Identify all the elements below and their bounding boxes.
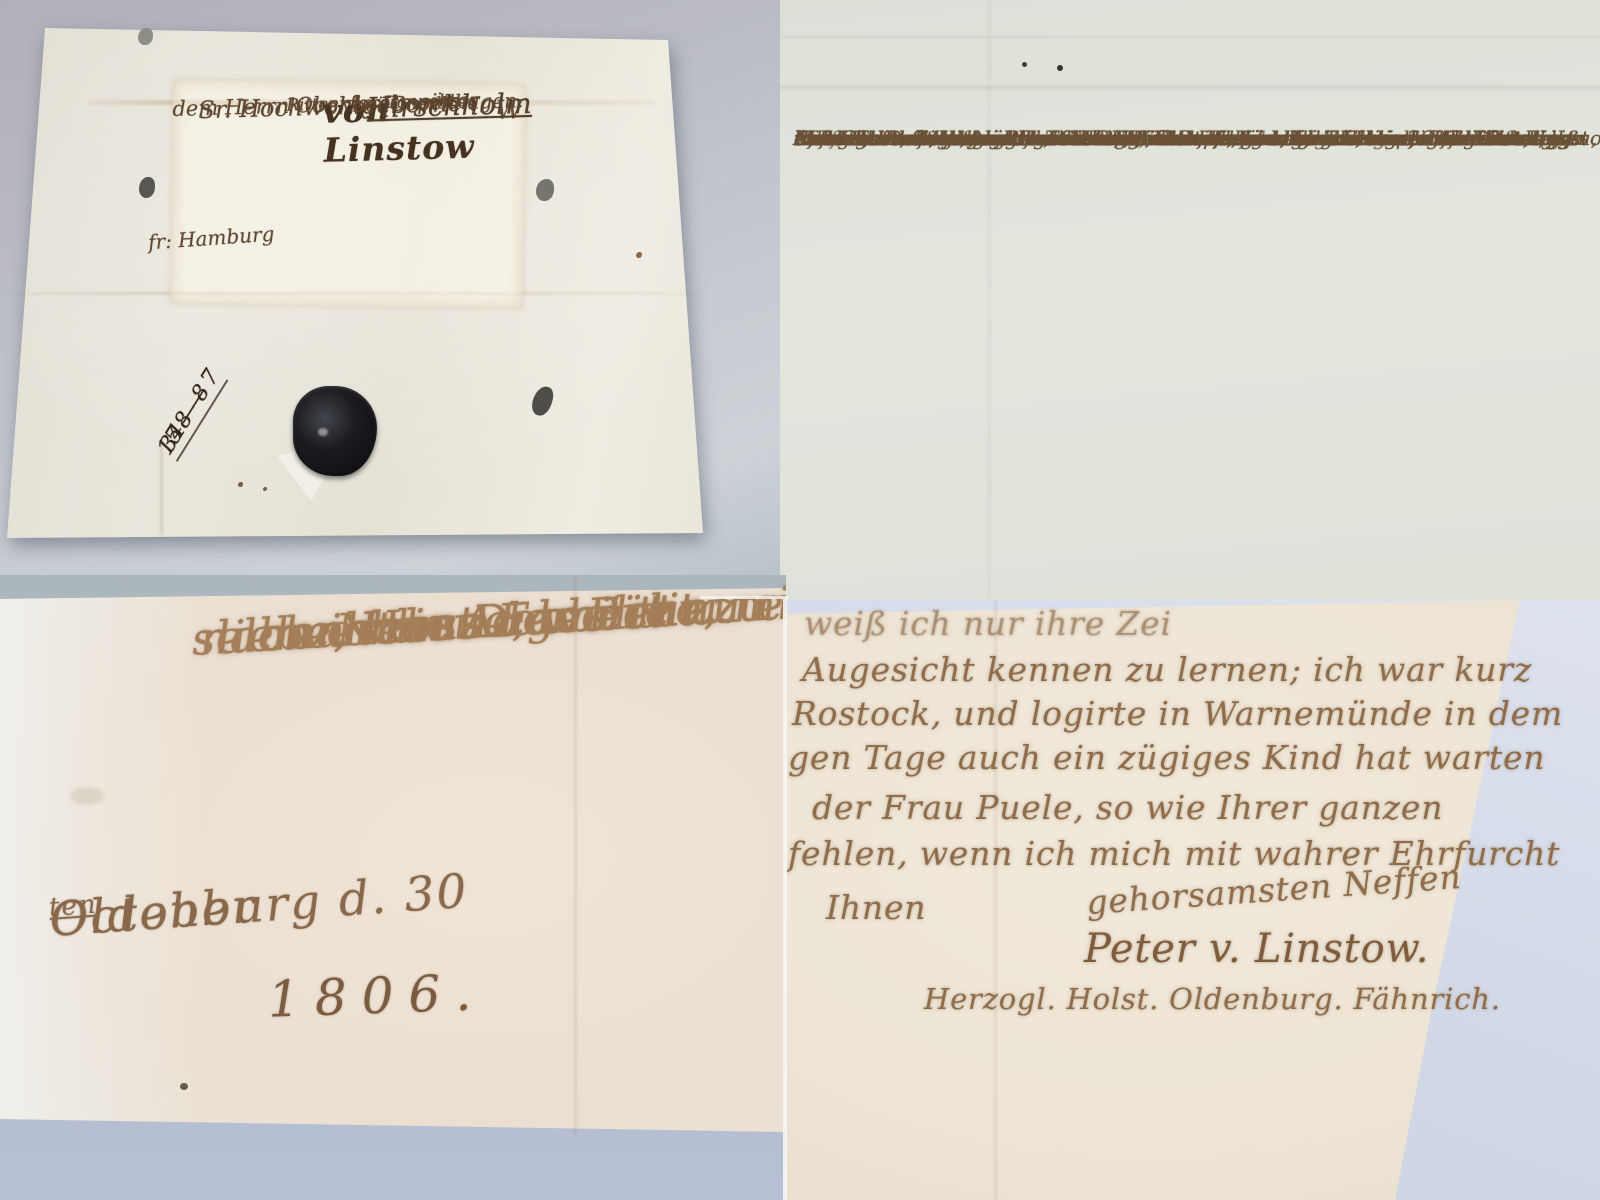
fold-crease-vertical — [988, 0, 991, 640]
photo-seam — [783, 598, 787, 1200]
script-line: Augesicht kennen zu lernen; ich war kurz — [802, 650, 1532, 689]
ink-speck — [1057, 65, 1063, 71]
ink-speck — [180, 1083, 188, 1090]
envelope-photo: Sr. Hochwohlgebornen W dem Herrn Oberfor… — [0, 0, 780, 600]
fold-crease — [780, 36, 1600, 38]
script-line: weiß ich nur ihre Zei — [804, 604, 1172, 643]
wax-seal-glint — [318, 428, 328, 436]
script-text-block: liebe, von Augesicht zu nach ihr in Dobb… — [190, 575, 786, 613]
photo-collage: Sr. Hochwohlgebornen W dem Herrn Oberfor… — [0, 0, 1600, 1200]
fold-crease-vertical — [994, 600, 997, 1200]
salutation: Ihnen — [826, 888, 926, 927]
signature-title: Herzogl. Holst. Oldenburg. Fähnrich. — [924, 982, 1501, 1016]
fold-crease — [780, 86, 1600, 89]
ink-smudge — [70, 787, 104, 805]
fold-crease-vertical — [574, 575, 577, 1135]
signature-name: Peter v. Linstow. — [1084, 926, 1429, 972]
letter-line: weiß ich nur ihre schönen Lücke, ob mir … — [794, 126, 1386, 161]
script-line: Rostock, und logirte in Warnemünde in de… — [792, 694, 1563, 733]
script-line: der Frau Puele, so wie Ihrer ganzen — [812, 788, 1443, 827]
fold-crease-vertical — [160, 440, 163, 535]
closeup-left-photo: liebe, von Augesicht zu nach ihr in Dobb… — [0, 575, 786, 1200]
year-line: 1806. — [267, 963, 487, 1029]
script-line: gen Tage auch ein zügiges Kind hat warte… — [788, 738, 1545, 777]
ink-speck — [1022, 62, 1027, 67]
letter-page-photo: Dem Wunsch meiner Eltern zu folgen, über… — [780, 0, 1600, 640]
wax-seal — [293, 386, 377, 476]
photo-seam — [700, 596, 788, 599]
closeup-right-photo: weiß ich nur ihre Zei Augesicht kennen z… — [786, 600, 1600, 1200]
address-line-city: bei Copenhagen. — [352, 89, 524, 117]
